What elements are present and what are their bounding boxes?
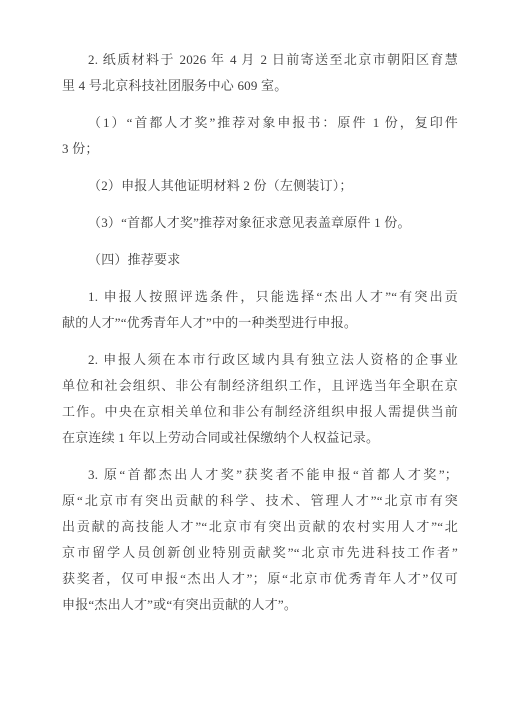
text-line: 1. 申报人按照评选条件，只能选择“杰出人才”“有突出贡 [62,284,458,310]
text-line: 出贡献的高技能人才”“北京市有突出贡献的农村实用人才”“北 [62,514,458,540]
text-line: 工作。中央在京相关单位和非公有制经济组织申报人需提供当前 [62,399,458,425]
document-page: 2. 纸质材料于 2026 年 4 月 2 日前寄送至北京市朝阳区育慧 里 4 … [0,0,514,726]
text-line: 3 份； [62,136,458,162]
paragraph-section-heading: （四）推荐要求 [62,247,458,273]
text-line: 里 4 号北京科技社团服务中心 609 室。 [62,73,458,99]
paragraph-requirement-1: 1. 申报人按照评选条件，只能选择“杰出人才”“有突出贡 献的人才”“优秀青年人… [62,284,458,336]
text-line: 单位和社会组织、非公有制经济组织工作，且评选当年全职在京 [62,373,458,399]
text-line: 京市留学人员创新创业特别贡献奖”“北京市先进科技工作者” [62,540,458,566]
paragraph-requirement-2: 2. 申报人须在本市行政区域内具有独立法人资格的企事业 单位和社会组织、非公有制… [62,347,458,451]
text-line: 在京连续 1 年以上劳动合同或社保缴纳个人权益记录。 [62,425,458,451]
paragraph-item-3: （3）“首都人才奖”推荐对象征求意见表盖章原件 1 份。 [62,210,458,236]
paragraph-item-2: （2）申报人其他证明材料 2 份（左侧装订）； [62,173,458,199]
text-line: 献的人才”“优秀青年人才”中的一种类型进行申报。 [62,310,458,336]
paragraph-mail-materials: 2. 纸质材料于 2026 年 4 月 2 日前寄送至北京市朝阳区育慧 里 4 … [62,47,458,99]
text-line: 申报“杰出人才”或“有突出贡献的人才”。 [62,592,458,618]
document-text-body: 2. 纸质材料于 2026 年 4 月 2 日前寄送至北京市朝阳区育慧 里 4 … [62,47,458,618]
text-line: 2. 纸质材料于 2026 年 4 月 2 日前寄送至北京市朝阳区育慧 [62,47,458,73]
paragraph-item-1: （1）“首都人才奖”推荐对象申报书：原件 1 份，复印件 3 份； [62,110,458,162]
text-line: （3）“首都人才奖”推荐对象征求意见表盖章原件 1 份。 [62,210,458,236]
text-line: （1）“首都人才奖”推荐对象申报书：原件 1 份，复印件 [62,110,458,136]
text-line: 3. 原“首都杰出人才奖”获奖者不能申报“首都人才奖”； [62,462,458,488]
section-heading: （四）推荐要求 [62,247,458,273]
paragraph-requirement-3: 3. 原“首都杰出人才奖”获奖者不能申报“首都人才奖”； 原“北京市有突出贡献的… [62,462,458,618]
text-line: 获奖者，仅可申报“杰出人才”；原“北京市优秀青年人才”仅可 [62,566,458,592]
text-line: 2. 申报人须在本市行政区域内具有独立法人资格的企事业 [62,347,458,373]
text-line: （2）申报人其他证明材料 2 份（左侧装订）； [62,173,458,199]
text-line: 原“北京市有突出贡献的科学、技术、管理人才”“北京市有突 [62,488,458,514]
